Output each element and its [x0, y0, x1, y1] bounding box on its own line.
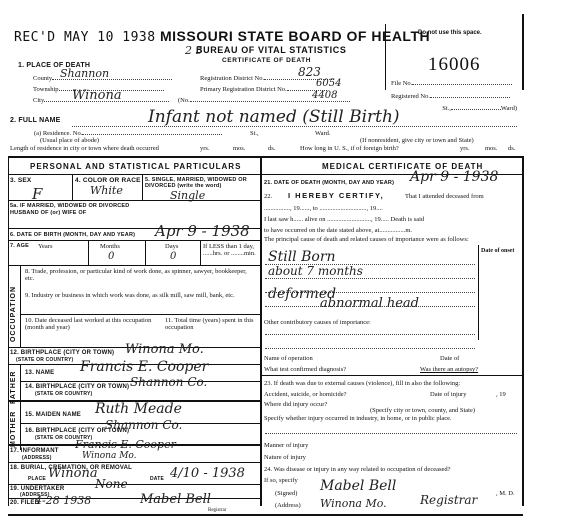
county-value: Shannon — [60, 67, 109, 80]
contributory-label: Other contributory causes of importance: — [264, 319, 371, 326]
injury-year-label: , 19 — [496, 391, 506, 398]
occupation-side-label: OCCUPATION — [10, 270, 17, 342]
signed-label: (Signed) — [275, 490, 297, 497]
us-mos-label: mos. — [485, 145, 497, 152]
city-value: Winona — [72, 88, 122, 103]
date-of-death-label: 21. DATE OF DEATH (MONTH, DAY AND YEAR) — [264, 180, 394, 186]
occupation-related-question: 24. Was disease or injury in any way rel… — [264, 466, 451, 473]
color-value: White — [90, 184, 123, 197]
filed-registrar-value: Mabel Bell — [140, 492, 211, 507]
yrs-label: yrs. — [200, 145, 210, 152]
nature-of-injury-label: Nature of injury — [264, 454, 306, 461]
full-name-label: 2. FULL NAME — [10, 117, 61, 124]
certify-line-3: I last saw h...... alive on ............… — [264, 216, 424, 223]
where-injury-label: Where did injury occur? — [264, 401, 327, 408]
cause-4-value: abnormal head — [320, 296, 419, 311]
informant-label: 17. INFORMANT — [10, 448, 59, 454]
residence-st: St., — [250, 130, 259, 137]
father-birthplace-sublabel: (STATE OR COUNTRY) — [35, 391, 92, 397]
burial-date-label: DATE — [150, 476, 164, 482]
cause-2-value: about 7 months — [268, 264, 363, 278]
operation-label: Name of operation — [264, 355, 313, 362]
certify-line-2: ................, 19......, to .........… — [264, 205, 383, 212]
signed-suffix: , M. D. — [496, 490, 515, 497]
marital-label: 5. SINGLE, MARRIED, WIDOWED OR DIVORCED … — [145, 177, 257, 189]
undertaker-value: None — [95, 477, 128, 491]
certify-line-4: to have occurred on the date stated abov… — [264, 227, 412, 234]
informant-value: Francis E. Cooper — [75, 438, 176, 451]
primary-district-value-2: 4408 — [312, 90, 337, 101]
residence-note: (Usual place of abode) — [40, 137, 99, 144]
autopsy-label: Was there an autopsy? — [420, 366, 478, 373]
certificate-number: 16006 — [428, 54, 481, 76]
mother-side-label: MOTHER — [10, 403, 17, 447]
personal-section-title: PERSONAL AND STATISTICAL PARTICULARS — [30, 162, 241, 171]
age-label: 7. AGE — [10, 243, 29, 249]
birth-date-label: 6. DATE OF BIRTH (MONTH, DAY AND YEAR) — [10, 232, 135, 238]
primary-district-value: 6054 — [316, 78, 341, 89]
burial-date-value: 4/10 - 1938 — [170, 466, 245, 481]
total-time-label: 11. Total time (years) spent in this occ… — [165, 317, 257, 331]
external-causes-label: 23. If death was due to external causes … — [264, 380, 460, 387]
operation-date-label: Date of — [440, 355, 459, 362]
birthplace-label: 12. BIRTHPLACE (CITY OR TOWN) — [10, 350, 114, 356]
years-label: Years — [38, 243, 53, 250]
registration-district-field: Registration District No. — [200, 75, 380, 82]
burial-place-label: PLACE — [28, 476, 46, 482]
do-not-use-note: Do not use this space. — [418, 30, 482, 36]
length-residence-label: Length of residence in city or town wher… — [10, 145, 159, 152]
informant-address-label: (ADDRESS) — [22, 455, 52, 461]
spouse-label: 5a. IF MARRIED, WIDOWED OR DIVORCED HUSB… — [10, 203, 130, 216]
where-injury-note: (Specify city or town, county, and State… — [370, 407, 475, 414]
father-birthplace-label: 14. BIRTHPLACE (CITY OR TOWN) — [25, 384, 129, 390]
signed-value: Mabel Bell — [320, 478, 396, 494]
physician-registrar-value: Registrar — [420, 493, 477, 507]
certify-number: 22. — [264, 193, 272, 200]
residence-ward: Ward. — [315, 130, 331, 137]
informant-address-value: Winona Mo. — [82, 451, 137, 461]
bureau-title: BUREAU OF VITAL STATISTICS — [196, 45, 346, 55]
registered-no-field: Registered No. — [391, 93, 517, 100]
date-of-death-value: Apr 9 - 1938 — [410, 169, 498, 185]
trade-label: 8. Trade, profession, or particular kind… — [25, 268, 255, 282]
accident-label: Accident, suicide, or homicide? — [264, 391, 347, 398]
cause-1-value: Still Born — [268, 249, 336, 265]
birthplace-value: Winona Mo. — [125, 342, 204, 357]
us-residence-label: How long in U. S., if of foreign birth? — [300, 145, 399, 152]
certificate-title: CERTIFICATE OF DEATH — [222, 57, 311, 64]
months-value: 0 — [108, 251, 114, 262]
address-no-field: (No. — [178, 97, 383, 104]
manner-of-injury-label: Manner of injury — [264, 442, 308, 449]
physician-address-label: (Address) — [275, 502, 301, 509]
board-title: MISSOURI STATE BOARD OF HEALTH — [160, 28, 430, 44]
date-last-worked-label: 10. Date deceased last worked at this oc… — [25, 317, 160, 331]
full-name-value: Infant not named (Still Birth) — [148, 107, 400, 127]
less-than-day-label: If LESS than 1 day, ......hrs. or ......… — [203, 243, 258, 257]
filed-date-value: 4-28 1938 — [35, 494, 91, 507]
ds-label: ds. — [268, 145, 275, 152]
mother-maiden-value: Ruth Meade — [95, 401, 182, 417]
certify-text: That I attended deceased from — [405, 193, 484, 200]
primary-district-field: Primary Registration District No. — [200, 86, 380, 93]
injury-date-label: Date of injury — [430, 391, 466, 398]
margin-mark: 2 5 — [185, 44, 203, 57]
certify-heading: I HEREBY CERTIFY, — [288, 191, 384, 200]
father-side-label: FATHER — [10, 368, 17, 404]
sex-label: 3. SEX — [10, 177, 31, 184]
color-label: 4. COLOR OR RACE — [75, 177, 141, 184]
mother-birthplace-value: Shannon Co. — [105, 418, 182, 432]
father-name-value: Francis E. Cooper — [80, 359, 208, 375]
residence-field: (a) Residence. No. — [34, 130, 274, 137]
ward-field: St.,Ward) — [395, 105, 517, 112]
days-value: 0 — [170, 251, 176, 262]
registration-district-value: 823 — [298, 65, 321, 79]
if-so-specify-label: If so, specify — [264, 477, 298, 484]
nonresident-note: (If nonresident, give city or town and S… — [360, 137, 474, 144]
burial-place-value: Winona — [48, 466, 98, 481]
mos-label: mos. — [233, 145, 245, 152]
months-label: Months — [100, 243, 120, 250]
industry-label: 9. Industry or business in which work wa… — [25, 292, 255, 299]
physician-address-value: Winona Mo. — [320, 497, 387, 510]
father-name-label: 13. NAME — [25, 370, 54, 376]
birth-date-value: Apr 9 - 1938 — [155, 222, 250, 240]
received-stamp: REC'D MAY 10 1938 — [14, 30, 156, 45]
date-of-onset-label: Date of onset — [481, 248, 514, 254]
cause-intro: The principal cause of death and related… — [264, 236, 469, 243]
specify-injury-label: Specify whether injury occurred in indus… — [264, 415, 452, 422]
days-label: Days — [165, 243, 178, 250]
birthplace-sublabel: (STATE OR COUNTRY) — [16, 357, 73, 363]
father-birthplace-value: Shannon Co. — [130, 375, 207, 389]
us-yrs-label: yrs. — [460, 145, 470, 152]
mother-maiden-label: 15. MAIDEN NAME — [25, 412, 81, 418]
file-no-field: File No. — [391, 80, 517, 87]
diagnosis-label: What test confirmed diagnosis? — [264, 366, 346, 373]
registrar-label: Registrar — [208, 508, 226, 513]
us-ds-label: ds. — [508, 145, 515, 152]
